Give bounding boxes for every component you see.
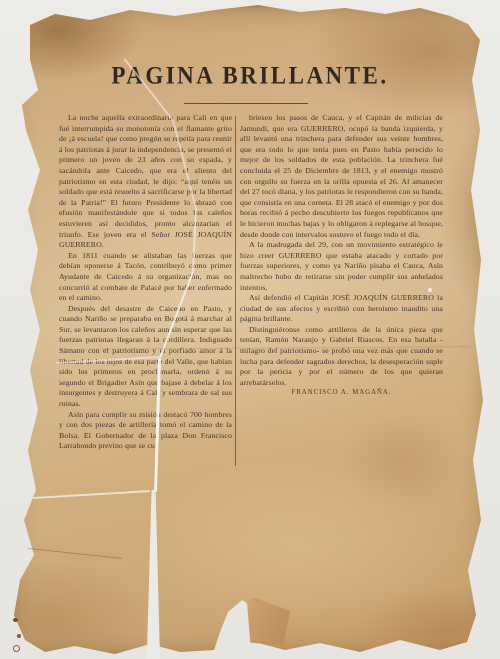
right-text-column: briesen los pasos de Cauca, y el Capitán…: [240, 113, 443, 469]
stain-speck: [13, 618, 18, 622]
paragraph: A la madrugada del 29, con un movimiento…: [240, 240, 443, 293]
paragraph: La noche aquella extraordinaria para Cal…: [59, 113, 232, 251]
photo-backdrop: PAGINA BRILLANTE. La noche aquella extra…: [0, 0, 500, 659]
left-text-column: La noche aquella extraordinaria para Cal…: [59, 113, 232, 469]
stain-speck: [17, 634, 21, 638]
paragraph: Distinguiéronse como artilleros de la ún…: [240, 325, 443, 389]
paragraph: Asín para cumplir su misión destacó 700 …: [59, 410, 232, 452]
stain-speck: [13, 645, 20, 652]
title-divider-rule: [184, 103, 308, 104]
paragraph: briesen los pasos de Cauca, y el Capitán…: [240, 113, 443, 240]
page-title: PAGINA BRILLANTE.: [95, 61, 405, 90]
column-divider-rule: [235, 116, 236, 466]
paragraph: En 1811 cuando se alistaban las fuerzas …: [59, 251, 232, 304]
paragraph: Así defendió el Capitán JOSÉ JOAQUÍN GUE…: [240, 293, 443, 325]
author-signature: FRANCISCO A. MAGAÑA.: [240, 388, 443, 399]
paper-fleck: [428, 288, 432, 292]
broadside-content: PAGINA BRILLANTE. La noche aquella extra…: [0, 0, 500, 659]
